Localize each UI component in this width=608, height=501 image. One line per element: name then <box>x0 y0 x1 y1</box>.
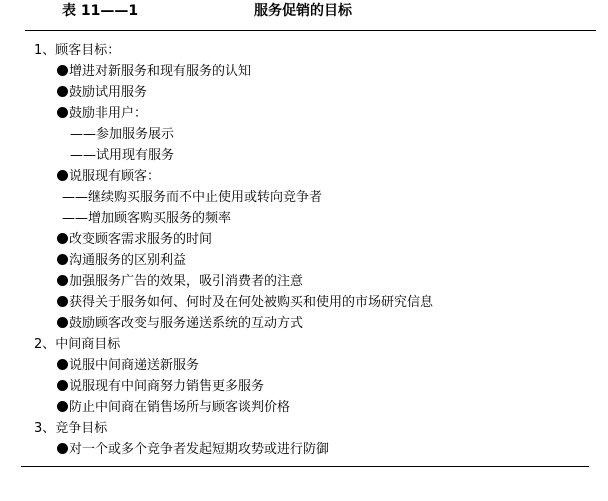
bullet-icon <box>57 380 68 391</box>
section-heading: 2、中间商目标 <box>34 334 120 355</box>
bullet-icon <box>57 443 68 454</box>
bullet-icon <box>57 359 68 370</box>
item-text: 获得关于服务如何、何时及在何处被购买和使用的市场研究信息 <box>69 295 433 310</box>
item-text: ——参加服务展示 <box>70 127 174 142</box>
bullet-icon <box>57 233 68 244</box>
bullet-list-item: 获得关于服务如何、何时及在何处被购买和使用的市场研究信息 <box>57 292 433 313</box>
item-text: 鼓励非用户： <box>69 106 147 121</box>
bullet-icon <box>57 401 68 412</box>
item-text: ——继续购买服务而不中止使用或转向竞争者 <box>62 190 322 205</box>
bullet-list-item: 说服现有中间商努力销售更多服务 <box>57 376 264 397</box>
bullet-icon <box>57 254 68 265</box>
bullet-list-item: 改变顾客需求服务的时间 <box>57 229 212 250</box>
top-rule-divider <box>25 30 596 31</box>
bullet-icon <box>57 86 68 97</box>
dash-sub-item: ——增加顾客购买服务的频率 <box>62 208 231 229</box>
bullet-list-item: 沟通服务的区别利益 <box>57 250 186 271</box>
item-text: 鼓励试用服务 <box>69 85 147 100</box>
table-number: 表 11——1 <box>62 1 138 21</box>
item-text: 增进对新服务和现有服务的认知 <box>69 64 251 79</box>
bullet-list-item: 对一个或多个竞争者发起短期攻势或进行防御 <box>57 439 329 460</box>
bullet-icon <box>57 317 68 328</box>
table-title: 服务促销的目标 <box>254 1 352 21</box>
bullet-list-item: 鼓励非用户： <box>57 103 147 124</box>
table-header: 表 11——1 服务促销的目标 <box>0 1 608 21</box>
bullet-icon <box>57 275 68 286</box>
section-heading: 3、竞争目标 <box>34 418 107 439</box>
bullet-icon <box>57 296 68 307</box>
item-text: ——试用现有服务 <box>70 148 174 163</box>
item-text: ——增加顾客购买服务的频率 <box>62 211 231 226</box>
dash-sub-item: ——继续购买服务而不中止使用或转向竞争者 <box>62 187 322 208</box>
item-text: 对一个或多个竞争者发起短期攻势或进行防御 <box>69 442 329 457</box>
dash-sub-item: ——参加服务展示 <box>70 124 174 145</box>
bullet-list-item: 鼓励试用服务 <box>57 82 147 103</box>
bottom-rule-divider <box>21 466 589 467</box>
dash-sub-item: ——试用现有服务 <box>70 145 174 166</box>
bullet-icon <box>57 170 68 181</box>
item-text: 防止中间商在销售场所与顾客谈判价格 <box>69 400 290 415</box>
item-text: 说服中间商递送新服务 <box>69 358 199 373</box>
item-text: 鼓励顾客改变与服务递送系统的互动方式 <box>69 316 303 331</box>
item-text: 说服现有顾客： <box>69 169 160 184</box>
bullet-list-item: 加强服务广告的效果，吸引消费者的注意 <box>57 271 303 292</box>
section-heading: 1、顾客目标： <box>34 40 120 61</box>
item-text: 改变顾客需求服务的时间 <box>69 232 212 247</box>
bullet-list-item: 防止中间商在销售场所与顾客谈判价格 <box>57 397 290 418</box>
bullet-list-item: 说服现有顾客： <box>57 166 160 187</box>
bullet-icon <box>57 65 68 76</box>
item-text: 说服现有中间商努力销售更多服务 <box>69 379 264 394</box>
item-text: 加强服务广告的效果，吸引消费者的注意 <box>69 274 303 289</box>
bullet-icon <box>57 107 68 118</box>
bullet-list-item: 增进对新服务和现有服务的认知 <box>57 61 251 82</box>
item-text: 沟通服务的区别利益 <box>69 253 186 268</box>
bullet-list-item: 说服中间商递送新服务 <box>57 355 199 376</box>
bullet-list-item: 鼓励顾客改变与服务递送系统的互动方式 <box>57 313 303 334</box>
